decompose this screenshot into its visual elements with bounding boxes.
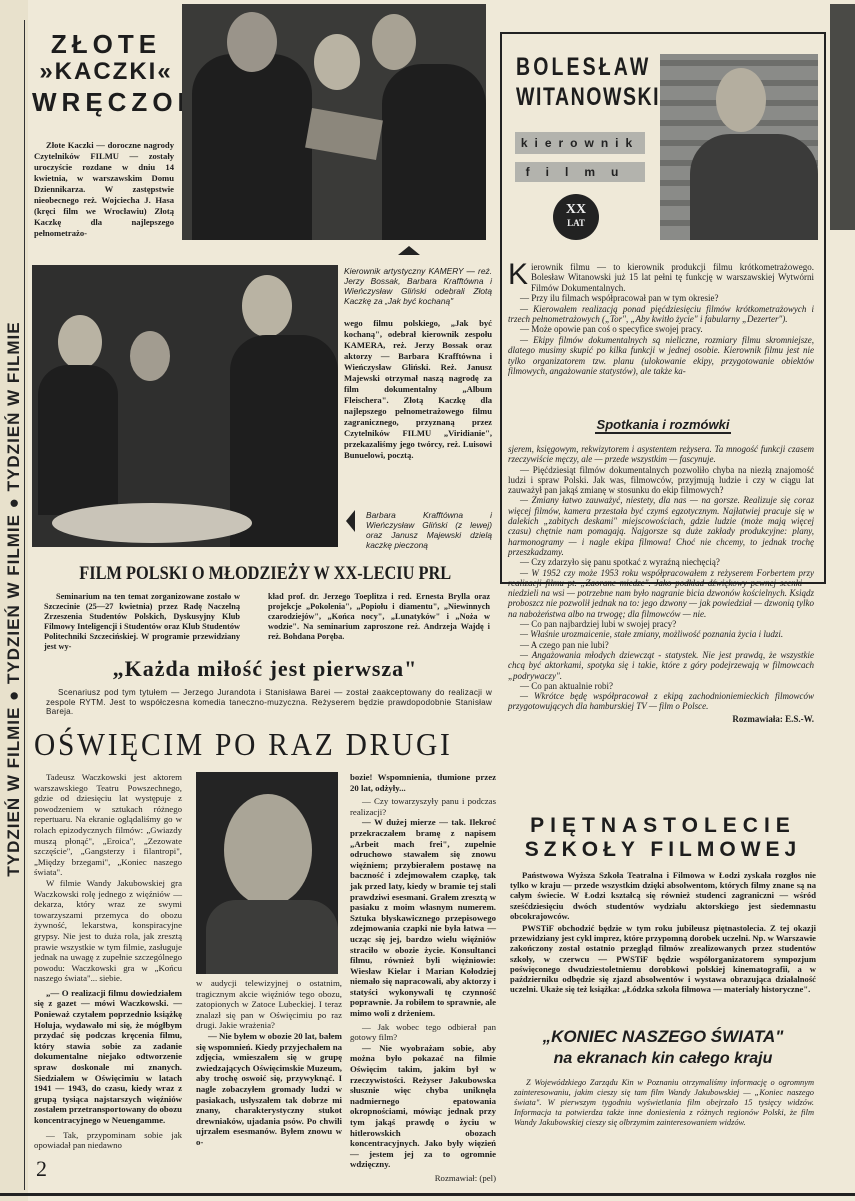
caption-pointer-left-icon	[346, 510, 355, 532]
photo-sharing-duck	[32, 265, 338, 547]
spine-running-title: TYDZIEŃ W FILMIE ● TYDZIEŃ W FILMIE ● TY…	[4, 24, 26, 1174]
mlodziez-col2: kład prof. dr. Jerzego Toeplitza i red. …	[268, 592, 490, 642]
photo-edge-next-page	[830, 4, 855, 230]
kaczki-title-line3: WRĘCZONE	[32, 86, 180, 118]
witanowski-interview-part1: Kierownik filmu — to kierownik produkcji…	[508, 262, 814, 376]
photo-witanowski	[660, 54, 818, 240]
drop-cap: K	[508, 262, 528, 288]
role-label-filmu: filmu	[515, 162, 645, 182]
kaczki-headline: ZŁOTE »KACZKI« WRĘCZONE	[32, 30, 180, 118]
witanowski-name: BOLESŁAW WITANOWSKI	[516, 52, 656, 112]
kaczki-title-line1: ZŁOTE	[32, 30, 180, 58]
spine-strip: TYDZIEŃ W FILMIE ● TYDZIEŃ W FILMIE ● TY…	[0, 0, 28, 1201]
mlodziez-col1: Seminarium na ten temat zorganizowane zo…	[44, 592, 240, 652]
xx-lat-anniversary-badge-icon: XX LAT	[553, 194, 599, 240]
koniec-headline: „KONIEC NASZEGO ŚWIATA" na ekranach kin …	[508, 1026, 818, 1070]
kazda-body: Scenariusz pod tym tytułem — Jerzego Jur…	[46, 688, 492, 717]
kaczki-continuation: wego filmu polskiego, „Jak być kochaną",…	[344, 318, 492, 461]
koniec-body: Z Wojewódzkiego Zarządu Kin w Poznaniu o…	[514, 1078, 814, 1128]
oswiecim-col3: bozie! Wspomnienia, tłumione przez 20 la…	[350, 772, 496, 1186]
magazine-page: TYDZIEŃ W FILMIE ● TYDZIEŃ W FILMIE ● TY…	[0, 0, 855, 1201]
szkola-headline: PIĘTNASTOLECIE SZKOŁY FILMOWEJ	[508, 814, 818, 862]
oswiecim-col1: Tadeusz Waczkowski jest aktorem warszaws…	[34, 772, 182, 1151]
photo-waczkowski	[196, 772, 338, 974]
bottom-rule	[0, 1193, 855, 1196]
kaczki-caption-top: Kierownik artystyczny KAMERY — reż. Jerz…	[344, 266, 492, 306]
oswiecim-headline: OŚWIĘCIM PO RAZ DRUGI	[34, 726, 494, 763]
kaczki-caption-bottom: Barbara Krafftówna i Wieńczysław Gliński…	[366, 510, 492, 550]
page-number: 2	[36, 1156, 47, 1182]
witanowski-interview-part2: sjerem, księgowym, rekwizytorem i asyste…	[508, 444, 814, 726]
kaczki-intro: Złote Kaczki — doroczne nagrody Czytelni…	[34, 140, 174, 239]
rubric-spotkania: Spotkania i rozmówki	[500, 416, 826, 434]
oswiecim-col2: w audycji telewizyjnej o ostatnim, tragi…	[196, 978, 342, 1148]
photo-award-ceremony	[182, 4, 486, 240]
szkola-body: Państwowa Wyższa Szkoła Teatralna i Film…	[510, 870, 816, 994]
caption-pointer-up-icon	[398, 246, 420, 255]
role-label-kierownik: kierownik	[515, 132, 645, 154]
kazda-headline: „Każda miłość jest pierwsza"	[30, 656, 500, 682]
mlodziez-headline: FILM POLSKI O MŁODZIEŻY W XX-LECIU PRL	[30, 563, 500, 585]
kaczki-title-line2: »KACZKI«	[32, 58, 180, 86]
